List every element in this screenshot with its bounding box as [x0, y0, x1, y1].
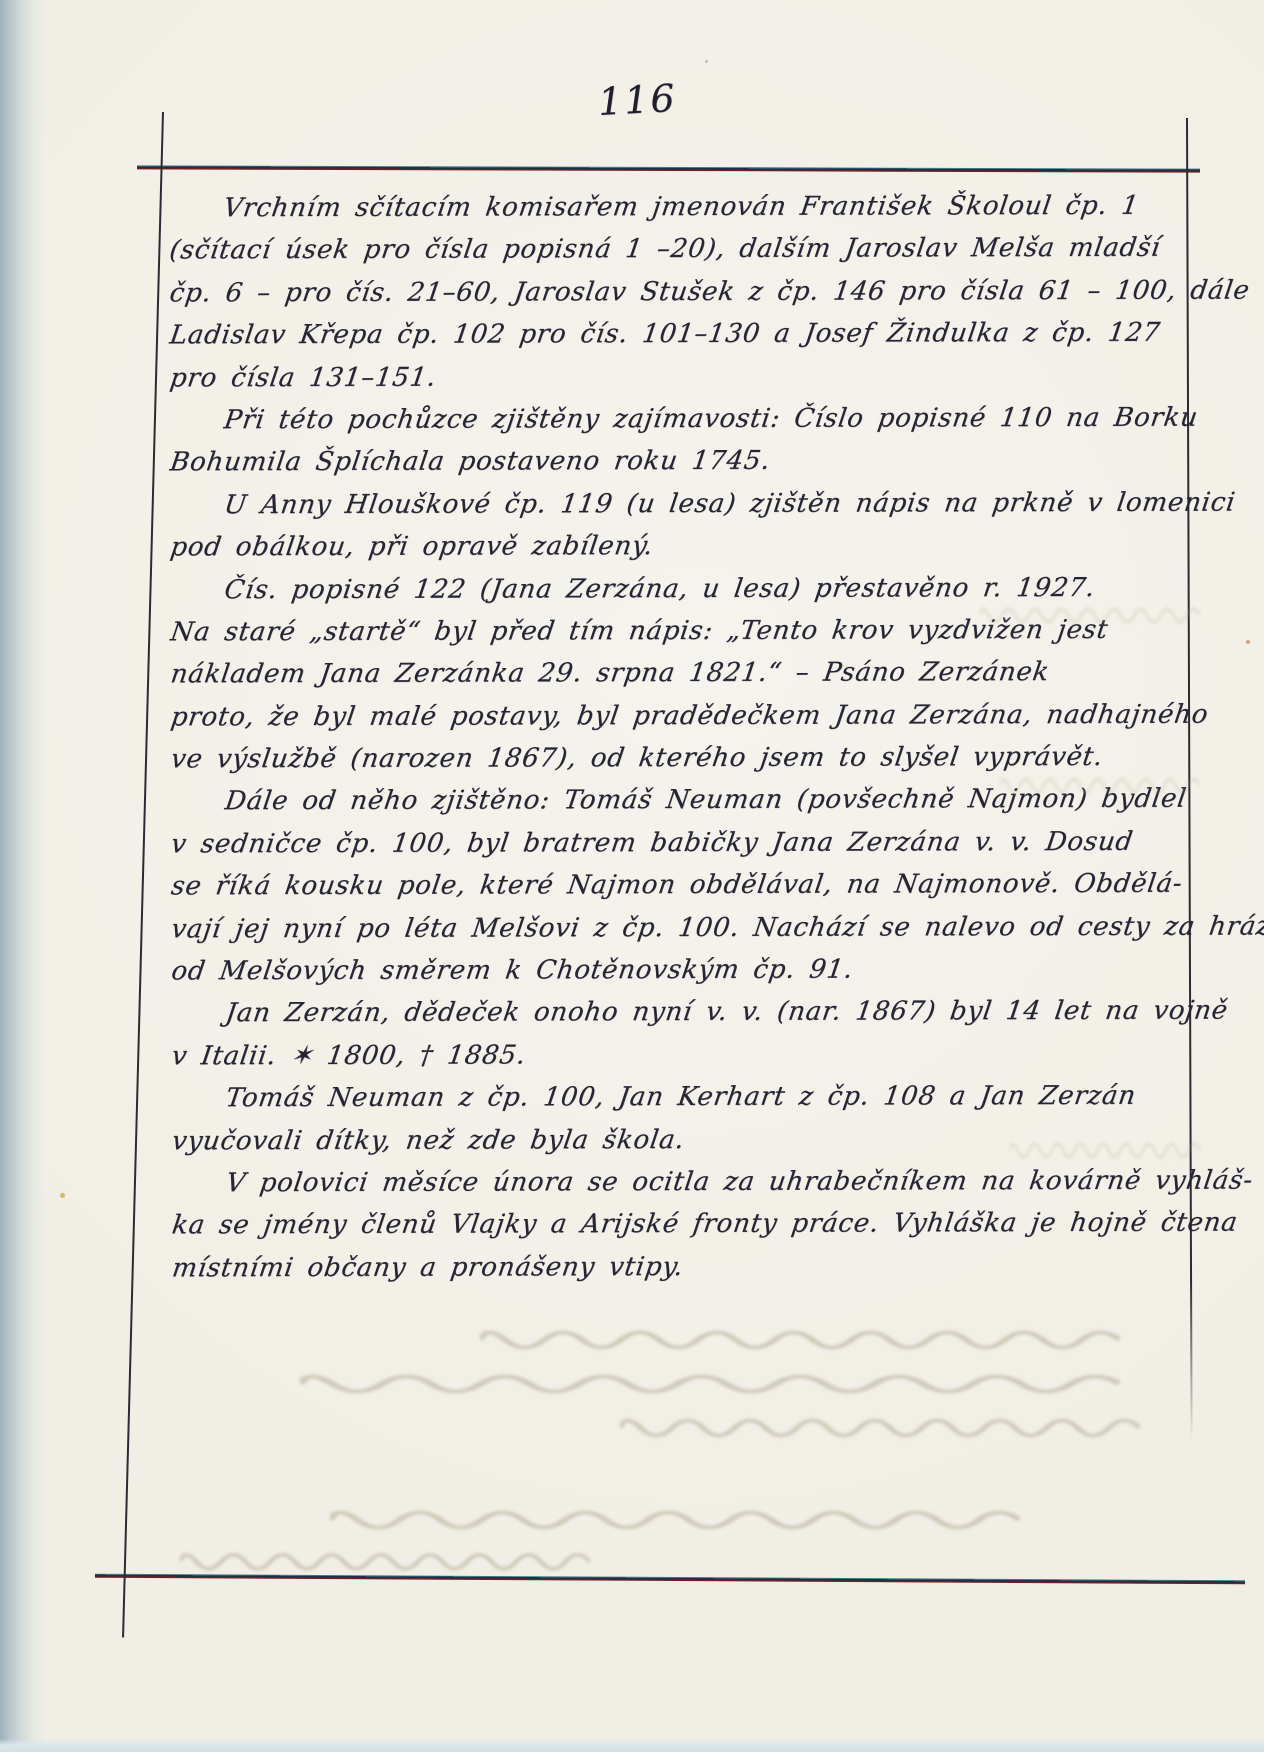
- handwritten-line: Vrchním sčítacím komisařem jmenován Fran…: [167, 185, 1213, 230]
- handwritten-line: vají jej nyní po léta Melšovi z čp. 100.…: [169, 905, 1215, 950]
- paper-speck: [1246, 640, 1250, 644]
- handwritten-line: pro čísla 131–151.: [167, 354, 1213, 399]
- chronicle-page-scan: 116 Vrchním sčítacím komisařem jmenován …: [0, 0, 1264, 1752]
- bleedthrough-text: [300, 1366, 1120, 1396]
- handwritten-line: v sedničce čp. 100, byl bratrem babičky …: [168, 820, 1214, 865]
- handwritten-line: ka se jmény členů Vlajky a Arijské front…: [169, 1202, 1215, 1247]
- handwritten-line: Bohumila Šplíchala postaveno roku 1745.: [167, 439, 1213, 484]
- handwritten-text-block: Vrchním sčítacím komisařem jmenován Fran…: [167, 185, 1210, 1290]
- paper-speck: [705, 60, 708, 63]
- bleedthrough-text: [1010, 1135, 1200, 1161]
- scan-edge-left: [0, 0, 46, 1752]
- handwritten-line: se říká kousku pole, které Najmon obdělá…: [168, 863, 1214, 908]
- handwritten-line: (sčítací úsek pro čísla popisná 1 –20), …: [167, 227, 1213, 272]
- handwritten-line: V polovici měsíce února se ocitla za uhr…: [169, 1160, 1215, 1205]
- scan-edge-bottom: [0, 1739, 1264, 1752]
- handwritten-line: Ladislav Křepa čp. 102 pro čís. 101–130 …: [167, 312, 1213, 357]
- bleedthrough-text: [980, 600, 1200, 626]
- margin-line-left: [122, 112, 164, 1638]
- handwritten-line: od Melšových směrem k Chotěnovským čp. 9…: [169, 948, 1215, 993]
- paper-speck: [60, 1193, 65, 1198]
- handwritten-line: čp. 6 – pro čís. 21–60, Jaroslav Stušek …: [167, 269, 1213, 314]
- bleedthrough-text: [620, 1410, 1140, 1440]
- page-number: 116: [597, 76, 678, 124]
- bleedthrough-text: [180, 1545, 590, 1573]
- handwritten-line: Jan Zerzán, dědeček onoho nyní v. v. (na…: [169, 990, 1215, 1035]
- handwritten-line: U Anny Hlouškové čp. 119 (u lesa) zjiště…: [167, 481, 1213, 526]
- handwritten-line: Tomáš Neuman z čp. 100, Jan Kerhart z čp…: [169, 1075, 1215, 1120]
- handwritten-line: místními občany a pronášeny vtipy.: [169, 1244, 1215, 1289]
- ruled-line-bottom: [95, 1574, 1245, 1585]
- handwritten-line: v Italii. ✶ 1800, † 1885.: [169, 1032, 1215, 1077]
- handwritten-line: proto, že byl malé postavy, byl pradědeč…: [168, 693, 1214, 738]
- handwritten-line: nákladem Jana Zerzánka 29. srpna 1821.“ …: [168, 651, 1214, 696]
- ruled-line-top: [137, 165, 1200, 172]
- bleedthrough-text: [480, 1322, 1120, 1352]
- handwritten-line: pod obálkou, při opravě zabílený.: [168, 524, 1214, 569]
- bleedthrough-text: [1000, 770, 1200, 796]
- bleedthrough-text: [330, 1502, 1020, 1532]
- handwritten-line: Při této pochůzce zjištěny zajímavosti: …: [167, 397, 1213, 442]
